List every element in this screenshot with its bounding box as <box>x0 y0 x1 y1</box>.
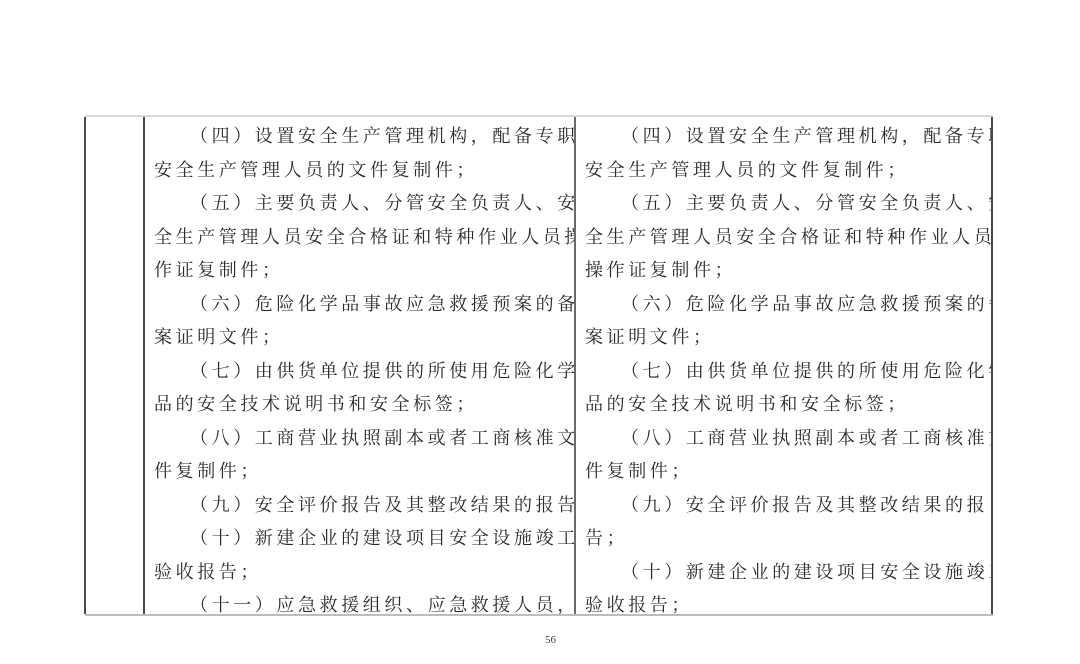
column-divider-first <box>143 117 145 614</box>
text-line: （五）主要负责人、分管安全负责人、安 <box>154 187 568 221</box>
text-line: 操作证复制件； <box>585 254 987 288</box>
text-line: （六）危险化学品事故应急救援预案的备 <box>154 288 568 322</box>
comparison-table: （四）设置安全生产管理机构，配备专职安全生产管理人员的文件复制件；（五）主要负责… <box>85 115 993 616</box>
table-border-right <box>991 117 993 614</box>
text-line: 验收报告； <box>585 589 987 614</box>
text-line: （四）设置安全生产管理机构，配备专职 <box>585 120 987 154</box>
column-divider-middle <box>574 117 576 614</box>
text-line: 全生产管理人员安全合格证和特种作业人员操 <box>154 221 568 255</box>
text-line: （八）工商营业执照副本或者工商核准文 <box>585 422 987 456</box>
text-line: （十）新建企业的建设项目安全设施竣工 <box>585 556 987 590</box>
text-line: （六）危险化学品事故应急救援预案的备 <box>585 288 987 322</box>
table-cell-revised-text: （四）设置安全生产管理机构，配备专职安全生产管理人员的文件复制件；（五）主要负责… <box>577 117 991 614</box>
text-line: （九）安全评价报告及其整改结果的报告； <box>154 489 568 523</box>
text-line: （十一）应急救援组织、应急救援人员， <box>154 589 568 614</box>
text-line: 验收报告； <box>154 556 568 590</box>
text-line: （五）主要负责人、分管安全负责人、安 <box>585 187 987 221</box>
text-line: 品的安全技术说明书和安全标签； <box>585 388 987 422</box>
text-line: （七）由供货单位提供的所使用危险化学 <box>585 355 987 389</box>
text-line: 案证明文件； <box>585 321 987 355</box>
text-line: （八）工商营业执照副本或者工商核准文 <box>154 422 568 456</box>
text-line: （四）设置安全生产管理机构，配备专职 <box>154 120 568 154</box>
table-border-left <box>84 117 86 614</box>
text-line: 品的安全技术说明书和安全标签； <box>154 388 568 422</box>
text-line: 安全生产管理人员的文件复制件； <box>585 154 987 188</box>
page-number: 56 <box>545 634 556 646</box>
text-line: （十）新建企业的建设项目安全设施竣工 <box>154 522 568 556</box>
text-line: （九）安全评价报告及其整改结果的报 <box>585 489 987 523</box>
table-cell-original-text: （四）设置安全生产管理机构，配备专职安全生产管理人员的文件复制件；（五）主要负责… <box>146 117 574 614</box>
text-line: 件复制件； <box>154 455 568 489</box>
text-line: 告； <box>585 522 987 556</box>
text-line: 安全生产管理人员的文件复制件； <box>154 154 568 188</box>
text-line: （七）由供货单位提供的所使用危险化学 <box>154 355 568 389</box>
text-line: 件复制件； <box>585 455 987 489</box>
text-line: 全生产管理人员安全合格证和特种作业人员 <box>585 221 987 255</box>
text-line: 案证明文件； <box>154 321 568 355</box>
text-line: 作证复制件； <box>154 254 568 288</box>
